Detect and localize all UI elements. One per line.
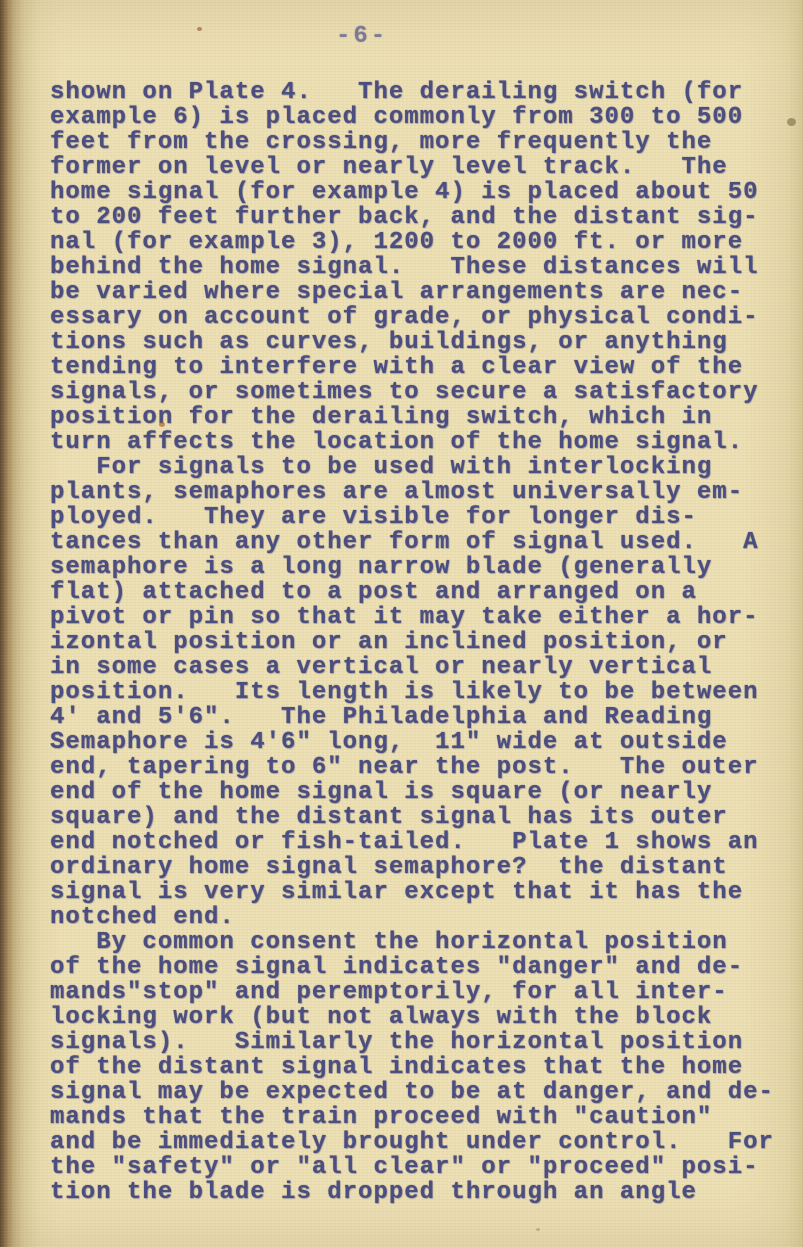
paper-speck — [197, 27, 202, 31]
text-line: semaphore is a long narrow blade (genera… — [50, 555, 790, 580]
text-line: tion the blade is dropped through an ang… — [50, 1180, 790, 1205]
text-line: Semaphore is 4'6" long, 11" wide at outs… — [50, 730, 790, 755]
text-line: home signal (for example 4) is placed ab… — [50, 180, 790, 205]
text-line: mands that the train proceed with "cauti… — [50, 1105, 790, 1130]
text-line: flat) attached to a post and arranged on… — [50, 580, 790, 605]
text-line: end notched or fish-tailed. Plate 1 show… — [50, 830, 790, 855]
text-line: izontal position or an inclined position… — [50, 630, 790, 655]
text-line: in some cases a vertical or nearly verti… — [50, 655, 790, 680]
text-line: tending to interfere with a clear view o… — [50, 355, 790, 380]
text-line: to 200 feet further back, and the distan… — [50, 205, 790, 230]
text-line: of the home signal indicates "danger" an… — [50, 955, 790, 980]
text-line: and be immediately brought under control… — [50, 1130, 790, 1155]
page-number: -6- — [336, 24, 388, 49]
text-line: By common consent the horizontal positio… — [50, 930, 790, 955]
text-line: plants, semaphores are almost universall… — [50, 480, 790, 505]
text-line: ordinary home signal semaphore? the dist… — [50, 855, 790, 880]
text-line: end, tapering to 6" near the post. The o… — [50, 755, 790, 780]
text-line: square) and the distant signal has its o… — [50, 805, 790, 830]
paper-speck — [159, 422, 165, 427]
text-line: mands"stop" and peremptorily, for all in… — [50, 980, 790, 1005]
text-line: locking work (but not always with the bl… — [50, 1005, 790, 1030]
text-line: feet from the crossing, more frequently … — [50, 130, 790, 155]
paper-speck — [536, 1228, 540, 1231]
text-line: notched end. — [50, 905, 790, 930]
text-line: nal (for example 3), 1200 to 2000 ft. or… — [50, 230, 790, 255]
text-line: end of the home signal is square (or nea… — [50, 780, 790, 805]
text-line: of the distant signal indicates that the… — [50, 1055, 790, 1080]
text-line: signals, or sometimes to secure a satisf… — [50, 380, 790, 405]
text-line: tances than any other form of signal use… — [50, 530, 790, 555]
text-line: signal is very similar except that it ha… — [50, 880, 790, 905]
text-line: behind the home signal. These distances … — [50, 255, 790, 280]
text-line: be varied where special arrangements are… — [50, 280, 790, 305]
text-line: example 6) is placed commonly from 300 t… — [50, 105, 790, 130]
text-line: signals). Similarly the horizontal posit… — [50, 1030, 790, 1055]
paper-speck — [787, 118, 796, 126]
text-line: shown on Plate 4. The derailing switch (… — [50, 80, 790, 105]
text-line: position. Its length is likely to be bet… — [50, 680, 790, 705]
text-line: signal may be expected to be at danger, … — [50, 1080, 790, 1105]
text-line: essary on account of grade, or physical … — [50, 305, 790, 330]
text-line: former on level or nearly level track. T… — [50, 155, 790, 180]
body-text: shown on Plate 4. The derailing switch (… — [50, 80, 790, 1205]
document-page: -6- shown on Plate 4. The derailing swit… — [0, 0, 803, 1247]
text-line: For signals to be used with interlocking — [50, 455, 790, 480]
text-line: ployed. They are visible for longer dis- — [50, 505, 790, 530]
text-line: 4' and 5'6". The Philadelphia and Readin… — [50, 705, 790, 730]
text-line: turn affects the location of the home si… — [50, 430, 790, 455]
text-line: tions such as curves, buildings, or anyt… — [50, 330, 790, 355]
text-line: pivot or pin so that it may take either … — [50, 605, 790, 630]
text-line: the "safety" or "all clear" or "proceed"… — [50, 1155, 790, 1180]
